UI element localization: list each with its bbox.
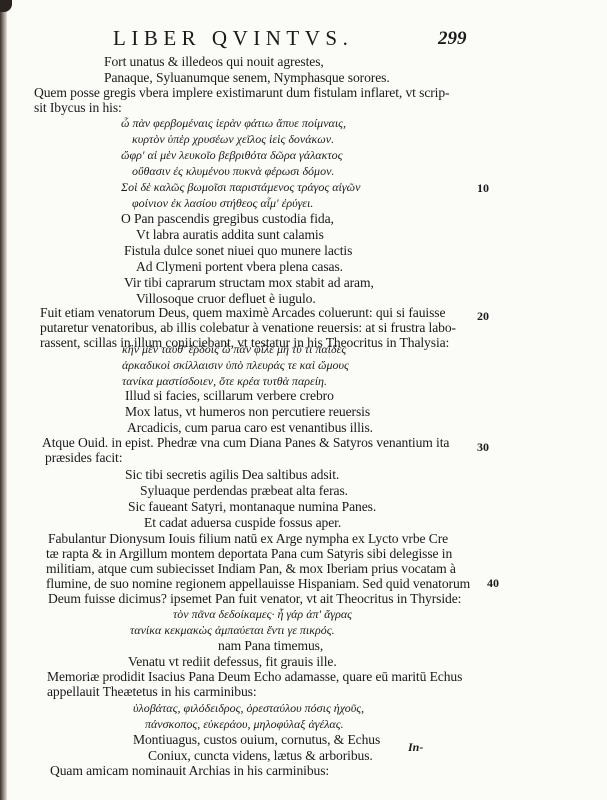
text-line: Fabulantur Dionysum Iouis filium natū ex… — [48, 531, 448, 546]
text-line: tæ rapta & in Argillum montem deportata … — [46, 546, 452, 561]
book-binding-corner — [0, 0, 12, 12]
greek-verse-line: πάνσκοπος, εὐκεράου, μηλοφύλαξ ἀγέλας. — [145, 717, 344, 732]
greek-verse-line: ὑλοβάτας, φιλόδειδρος, ὀρεσταύλου πόσις … — [133, 701, 364, 716]
greek-verse-line: ὤφρ' αἱ μὲν λευκοῖο βεβριθότα δῶρα γάλακ… — [121, 148, 343, 163]
text-line: Deum fuisse dicimus? ipsemet Pan fuit ve… — [48, 591, 461, 606]
text-line: Venatu vt rediit defessus, fit grauis il… — [128, 654, 337, 669]
text-line: militiam, atque cum subiecisset Indiam P… — [46, 561, 456, 576]
text-line: sit Ibycus in his: — [34, 100, 122, 115]
greek-verse-line: κἢν μὲν ταῦθ' ἔρδοις ὦ πὰν φίλε μή τύ τι… — [122, 342, 346, 357]
greek-verse-line: ὦ πὰν φερβομέναις ἱερὰν φάτιω ἄπυε ποίμν… — [121, 116, 346, 131]
margin-line-number: 10 — [477, 181, 489, 196]
text-line: Atque Ouid. in epist. Phedræ vna cum Dia… — [42, 435, 449, 450]
greek-verse-line: κυρτὸν ὑπὲρ χρυσέων χεῖλος ἱεὶς δονάκων. — [132, 132, 334, 147]
text-line: Fistula dulce sonet niuei quo munere lac… — [124, 243, 352, 258]
margin-line-number: 30 — [477, 440, 489, 455]
book-page: LIBER QVINTVS. 299 Fort unatus & illedeo… — [0, 0, 607, 800]
text-line: Sic tibi secretis agilis Dea saltibus ad… — [125, 467, 339, 482]
text-line: Quam amicam nominauit Archias in his car… — [50, 763, 329, 778]
catchword: In- — [408, 740, 423, 755]
text-line: Quem posse gregis vbera implere existima… — [34, 85, 450, 100]
text-line: Syluaque perdendas præbeat alta feras. — [140, 483, 348, 498]
text-line: Fort unatus & illedeos qui nouit agreste… — [104, 54, 324, 69]
text-line: Montiuagus, custos ouium, cornutus, & Ec… — [133, 732, 380, 747]
greek-verse-line: τανίκα κεκμακὼς ἀμπαύεται ἔντι γε πικρός… — [130, 623, 335, 638]
text-line: Illud si facies, scillarum verbere crebr… — [125, 388, 334, 403]
text-line: præsides facit: — [45, 450, 122, 465]
text-line: Et cadat aduersa cuspide fossus aper. — [144, 515, 341, 530]
page-number: 299 — [438, 28, 467, 50]
text-line: putaretur venatoribus, ab illis colebatu… — [40, 320, 456, 335]
text-line: Memoriæ prodidit Isacius Pana Deum Echo … — [47, 669, 462, 684]
text-line: Vt labra auratis addita sunt calamis — [136, 227, 324, 242]
greek-verse-line: τὸν πᾶνα δεδοίκαμες· ἦ γάρ ἀπ' ἄγρας — [173, 607, 352, 622]
text-line: appellauit Theætetus in his carminibus: — [47, 684, 257, 699]
greek-verse-line: οὔθασιν ἐς κλυμένου πυκνὰ φέρωσι δόμον. — [132, 164, 334, 179]
text-line: Ad Clymeni portent vbera plena casas. — [136, 259, 343, 274]
text-line: Coniux, cuncta videns, lætus & arboribus… — [148, 748, 373, 763]
text-line: Arcadicis, cum parua caro est venantibus… — [127, 420, 373, 435]
text-line: Villosoque cruor defluet è iugulo. — [136, 291, 316, 306]
text-line: O Pan pascendis gregibus custodia fida, — [121, 211, 334, 226]
greek-verse-line: ἀρκαδικοὶ σκίλλαισιν ὑπὸ πλευράς τε καὶ … — [122, 358, 349, 373]
margin-line-number: 20 — [477, 309, 489, 324]
text-line: Mox latus, vt humeros non percutiere reu… — [125, 404, 370, 419]
greek-verse-line: τανίκα μαστίσδοιεν, ὅτε κρέα τυτθὰ παρεί… — [122, 374, 327, 389]
text-line: flumine, de suo nomine regionem appellau… — [46, 576, 470, 591]
text-line: Sic faueant Satyri, montanaque numina Pa… — [128, 499, 376, 514]
book-spine-shadow — [0, 0, 7, 800]
running-title: LIBER QVINTVS. — [113, 26, 353, 51]
text-line: nam Pana timemus, — [218, 638, 323, 653]
greek-verse-line: Σοὶ δὲ καλῶς βωμοῖσι παριστάμενος τράγος… — [121, 180, 360, 195]
greek-verse-line: φοίνιον ἐκ λασίου στήθεος αἷμ' ἐρύγει. — [132, 196, 313, 211]
margin-line-number: 40 — [487, 576, 499, 591]
text-line: Panaque, Syluanumque senem, Nymphasque s… — [104, 70, 390, 85]
text-line: Vir tibi caprarum structam mox stabit ad… — [124, 275, 374, 290]
text-line: Fuit etiam venatorum Deus, quem maximè A… — [40, 305, 445, 320]
